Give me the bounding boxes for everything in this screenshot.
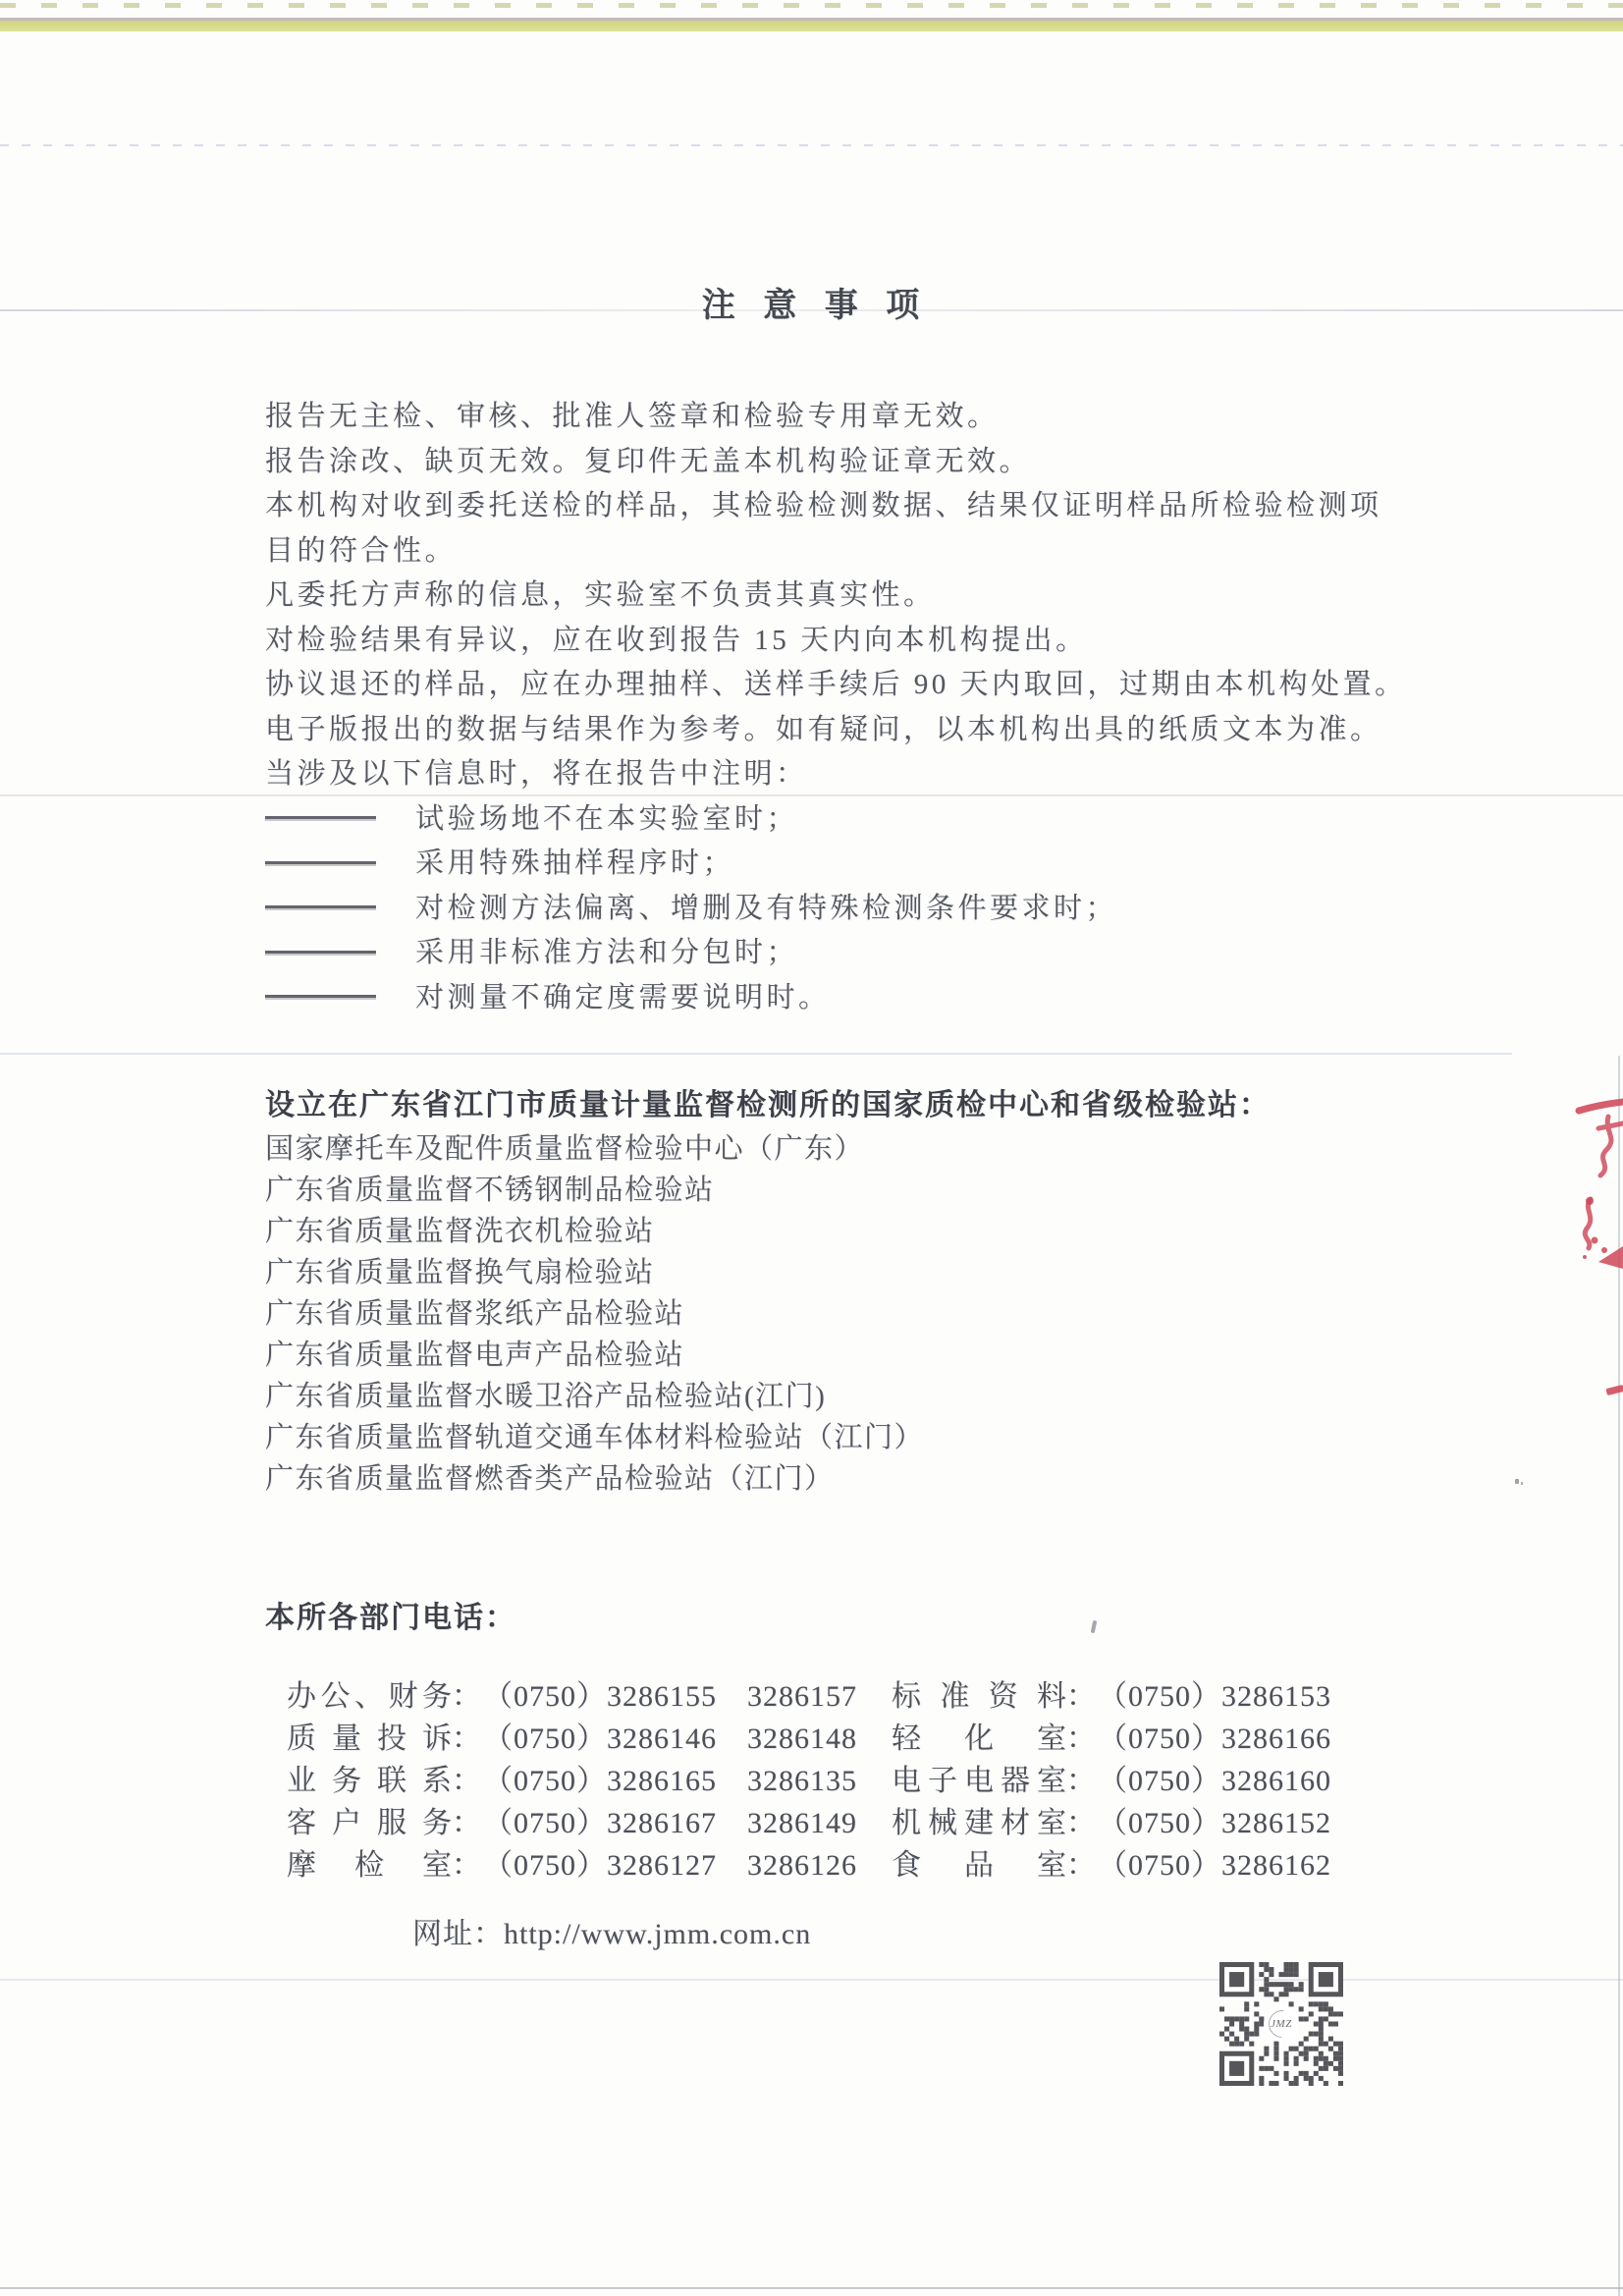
colon: ： (1066, 1760, 1096, 1802)
phone-row: 质量投诉：（0750）3286146 3286148 轻化室：（0750）328… (287, 1718, 1331, 1760)
phone-label: 机械建材室 (892, 1802, 1066, 1844)
phone-row: 业务联系：（0750）3286165 3286135 电子电器室：（0750）3… (287, 1760, 1331, 1802)
phone-number: （0750）3286153 (1098, 1675, 1331, 1718)
station-item: 广东省质量监督燃香类产品检验站（江门） (265, 1458, 1271, 1500)
em-dash-rule (265, 995, 376, 998)
phone-cell: 机械建材室：（0750）3286152 (892, 1802, 1331, 1844)
scan-artifact-line (0, 144, 1623, 146)
phone-number: （0750）3286167 3286149 (483, 1802, 857, 1844)
station-item: 广东省质量监督洗衣机检验站 (265, 1211, 1271, 1252)
note-dash-item: 试验场地不在本实验室时； (265, 797, 1407, 843)
red-stamp-marks (1569, 1093, 1623, 1280)
phone-cell: 标准资料：（0750）3286153 (892, 1675, 1331, 1718)
phone-cell: 办公、财务：（0750）3286155 3286157 (287, 1675, 892, 1718)
note-dash-item: 采用特殊抽样程序时； (265, 842, 1407, 887)
website-line: 网址：http://www.jmm.com.cn (412, 1913, 811, 1956)
colon: ： (452, 1802, 481, 1844)
colon: ： (1066, 1675, 1096, 1718)
phone-label: 电子电器室 (892, 1760, 1066, 1802)
phone-row: 办公、财务：（0750）3286155 3286157 标准资料：（0750）3… (287, 1675, 1331, 1718)
em-dash-rule (265, 905, 376, 908)
website-url: http://www.jmm.com.cn (504, 1918, 811, 1950)
stations-section: 设立在广东省江门市质量计量监督检测所的国家质检中心和省级检验站： 国家摩托车及配… (265, 1083, 1271, 1500)
note-line: 对检验结果有异议，应在收到报告 15 天内向本机构提出。 (265, 619, 1407, 664)
phone-cell: 摩检室：（0750）3286127 3286126 (287, 1844, 892, 1886)
em-dash-rule (265, 951, 376, 954)
phone-cell: 业务联系：（0750）3286165 3286135 (287, 1760, 892, 1802)
top-edge-yellow-band (0, 21, 1623, 31)
phone-number: （0750）3286146 3286148 (483, 1718, 857, 1760)
em-dash-rule (265, 816, 376, 819)
phone-number: （0750）3286160 (1098, 1760, 1331, 1802)
phone-row: 摩检室：（0750）3286127 3286126 食品室：（0750）3286… (287, 1844, 1331, 1886)
note-line: 报告无主检、审核、批准人签章和检验专用章无效。 (265, 395, 1407, 440)
phones-heading: 本所各部门电话： (265, 1599, 516, 1638)
phone-number: （0750）3286166 (1098, 1718, 1331, 1760)
website-label: 网址： (412, 1918, 504, 1950)
phone-cell: 客户服务：（0750）3286167 3286149 (287, 1802, 892, 1844)
colon: ： (1066, 1718, 1096, 1760)
scanned-report-page: 注 意 事 项 报告无主检、审核、批准人签章和检验专用章无效。 报告涂改、缺页无… (0, 0, 1623, 2296)
station-item: 广东省质量监督浆纸产品检验站 (265, 1293, 1271, 1335)
phone-number: （0750）3286162 (1098, 1844, 1331, 1886)
scan-artifact-line (0, 1053, 1512, 1055)
phone-cell: 质量投诉：（0750）3286146 3286148 (287, 1718, 892, 1760)
qr-code: JMZ (1219, 1962, 1343, 2086)
phone-number: （0750）3286155 3286157 (483, 1675, 857, 1718)
phone-label: 质量投诉 (287, 1718, 452, 1760)
phone-label: 办公、财务 (287, 1675, 452, 1718)
note-dash-item: 对检测方法偏离、增删及有特殊检测条件要求时； (265, 887, 1407, 932)
scan-artifact-line (0, 2287, 1623, 2289)
phone-label: 摩检室 (287, 1844, 452, 1886)
note-dash-item: 对测量不确定度需要说明时。 (265, 976, 1407, 1021)
phone-label: 业务联系 (287, 1760, 452, 1802)
note-line: 报告涂改、缺页无效。复印件无盖本机构验证章无效。 (265, 440, 1407, 485)
phone-number: （0750）3286152 (1098, 1802, 1331, 1844)
scan-speck (1521, 1482, 1523, 1485)
phone-label: 轻化室 (892, 1718, 1066, 1760)
qr-center-logo: JMZ (1264, 2006, 1299, 2042)
notes-section: 报告无主检、审核、批准人签章和检验专用章无效。 报告涂改、缺页无效。复印件无盖本… (265, 395, 1407, 1020)
note-line: 目的符合性。 (265, 529, 1407, 574)
note-line: 协议退还的样品，应在办理抽样、送样手续后 90 天内取回，过期由本机构处置。 (265, 663, 1407, 708)
phone-directory: 办公、财务：（0750）3286155 3286157 标准资料：（0750）3… (287, 1675, 1331, 1886)
station-item: 国家摩托车及配件质量监督检验中心（广东） (265, 1128, 1271, 1170)
red-ink-dash (1605, 1385, 1623, 1395)
colon: ： (452, 1675, 481, 1718)
note-line: 凡委托方声称的信息，实验室不负责其真实性。 (265, 574, 1407, 619)
note-dash-text: 试验场地不在本实验室时； (415, 803, 798, 835)
phone-number: （0750）3286127 3286126 (483, 1844, 857, 1886)
page-title: 注 意 事 项 (0, 278, 1623, 326)
phone-row: 客户服务：（0750）3286167 3286149 机械建材室：（0750）3… (287, 1802, 1331, 1844)
phone-number: （0750）3286165 3286135 (483, 1760, 857, 1802)
station-item: 广东省质量监督水暖卫浴产品检验站(江门) (265, 1376, 1271, 1417)
colon: ： (452, 1844, 481, 1886)
station-item: 广东省质量监督换气扇检验站 (265, 1252, 1271, 1293)
note-line: 当涉及以下信息时，将在报告中注明： (265, 752, 1407, 797)
phone-label: 标准资料 (892, 1675, 1066, 1718)
note-dash-text: 采用特殊抽样程序时； (415, 847, 734, 879)
station-item: 广东省质量监督轨道交通车体材料检验站（江门） (265, 1417, 1271, 1458)
phone-cell: 轻化室：（0750）3286166 (892, 1718, 1331, 1760)
em-dash-rule (265, 861, 376, 864)
colon: ： (1066, 1802, 1096, 1844)
colon: ： (452, 1718, 481, 1760)
scan-speck (1515, 1479, 1519, 1484)
note-dash-text: 对检测方法偏离、增删及有特殊检测条件要求时； (415, 893, 1117, 924)
note-dash-item: 采用非标准方法和分包时； (265, 931, 1407, 976)
station-item: 广东省质量监督不锈钢制品检验站 (265, 1170, 1271, 1211)
stations-heading: 设立在广东省江门市质量计量监督检测所的国家质检中心和省级检验站： (265, 1083, 1271, 1128)
phone-cell: 食品室：（0750）3286162 (892, 1844, 1331, 1886)
phone-cell: 电子电器室：（0750）3286160 (892, 1760, 1331, 1802)
scan-speck (1091, 1620, 1098, 1634)
scan-artifact-line (0, 1979, 1623, 1981)
phone-label: 客户服务 (287, 1802, 452, 1844)
note-dash-text: 采用非标准方法和分包时； (415, 937, 798, 968)
note-dash-text: 对测量不确定度需要说明时。 (415, 982, 831, 1013)
note-line: 电子版报出的数据与结果作为参考。如有疑问，以本机构出具的纸质文本为准。 (265, 708, 1407, 753)
top-edge-dotted-band (0, 3, 1623, 8)
phone-label: 食品室 (892, 1844, 1066, 1886)
colon: ： (452, 1760, 481, 1802)
colon: ： (1066, 1844, 1096, 1886)
note-line: 本机构对收到委托送检的样品，其检验检测数据、结果仅证明样品所检验检测项 (265, 484, 1407, 529)
station-item: 广东省质量监督电声产品检验站 (265, 1335, 1271, 1376)
